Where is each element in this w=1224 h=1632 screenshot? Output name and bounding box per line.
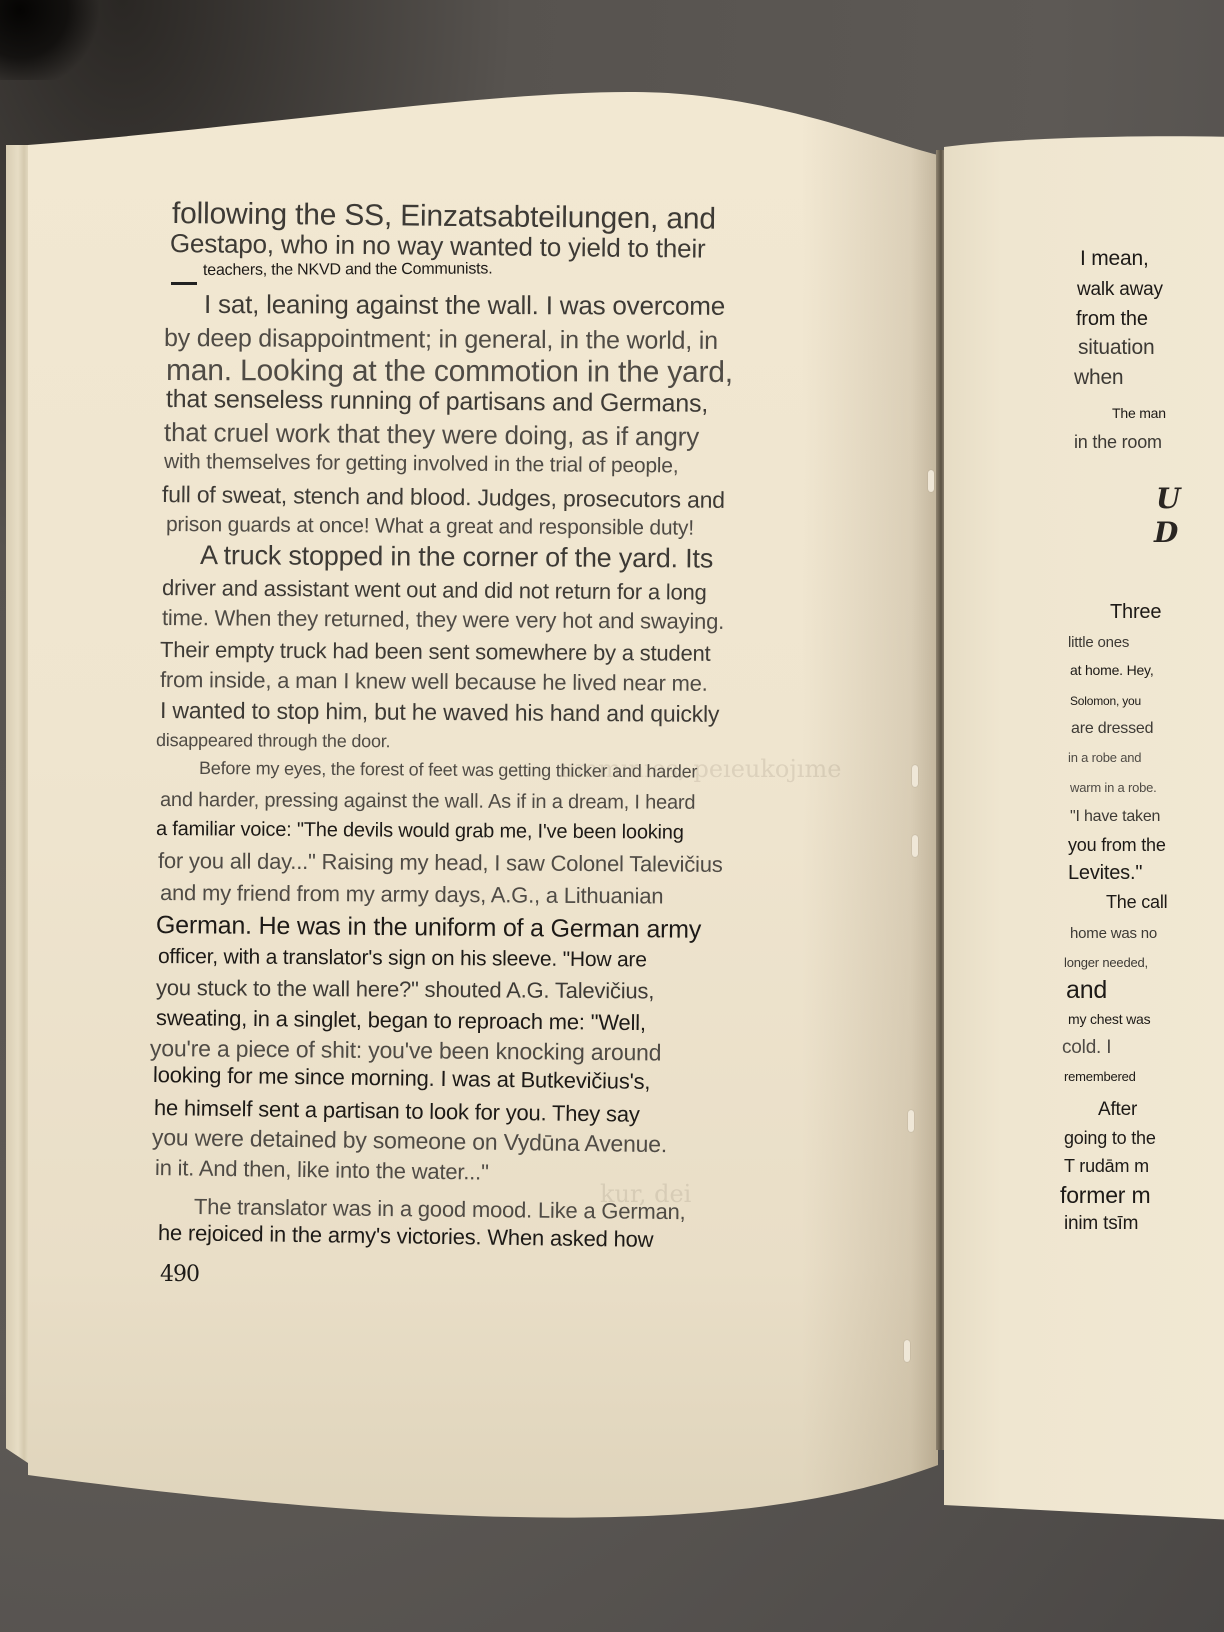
text-line: in the room [1074,432,1162,453]
text-line: my chest was [1068,1011,1150,1027]
text-line: and harder, pressing against the wall. A… [160,789,695,815]
text-line: little ones [1068,634,1129,651]
text-line: The translator was in a good mood. Like … [194,1194,686,1225]
text-line: you're a piece of shit: you've been knoc… [150,1035,662,1066]
text-line: time. When they returned, they were very… [162,605,724,635]
binding-stitch [908,1110,914,1132]
text-line: from inside, a man I knew well because h… [160,667,708,697]
text-line: when [1074,366,1123,390]
text-line: walk away [1077,279,1163,301]
binding-stitch [912,765,918,787]
binding-stitch [904,1340,910,1362]
text-line: A truck stopped in the corner of the yar… [200,540,713,575]
text-line: at home. Hey, [1070,662,1154,678]
text-line: Before my eyes, the forest of feet was g… [199,758,697,782]
text-line: The call [1106,892,1167,913]
text-line: officer, with a translator's sign on his… [158,945,647,972]
binding-stitch [928,470,934,492]
text-line: inim tsīm [1064,1213,1138,1235]
text-line: I mean, [1080,247,1149,271]
text-line: teachers, the NKVD and the Communists. [203,260,493,280]
text-line: longer needed, [1064,955,1148,970]
text-line: warm in a robe. [1070,780,1157,795]
binding-stitch [912,835,918,857]
text-line: in a robe and [1068,750,1141,765]
text-line: from the [1076,308,1148,331]
text-line: sweating, in a singlet, began to reproac… [156,1005,646,1036]
text-line: I wanted to stop him, but he waved his h… [160,697,719,728]
text-line: T rudām m [1064,1156,1149,1177]
text-line: you stuck to the wall here?" shouted A.G… [156,975,654,1004]
text-line: Solomon, you [1070,694,1141,708]
text-line: you from the [1068,835,1166,856]
text-line: that cruel work that they were doing, as… [164,417,699,453]
background-shadow [0,0,100,80]
page-number: 490 [160,1262,199,1287]
text-line: and [1066,976,1107,1005]
text-line: that senseless running of partisans and … [166,385,708,419]
text-line: Levites." [1068,862,1142,885]
text-line: situation [1078,336,1154,360]
chapter-heading-letter: U [1156,482,1180,515]
text-line: by deep disappointment; in general, in t… [164,324,718,356]
text-line: prison guards at once! What a great and … [166,513,694,541]
text-line: with themselves for getting involved in … [164,450,679,478]
text-line: German. He was in the uniform of a Germa… [156,911,701,945]
text-line: are dressed [1071,720,1153,738]
text-line: former m [1060,1182,1150,1209]
text-line: driver and assistant went out and did no… [162,575,707,606]
text-line: The man [1112,405,1166,421]
em-dash-mark [171,282,197,285]
text-line: cold. I [1062,1037,1111,1059]
text-line: "I have taken [1070,808,1160,826]
chapter-heading-letter: D [1154,516,1178,549]
text-line: and my friend from my army days, A.G., a… [160,880,664,910]
text-line: a familiar voice: "The devils would grab… [156,818,684,845]
text-line: for you all day..." Raising my head, I s… [158,848,723,878]
text-line: I sat, leaning against the wall. I was o… [204,289,725,322]
text-line: Three [1110,601,1161,624]
text-line: going to the [1064,1128,1156,1149]
text-line: remembered [1064,1069,1136,1084]
text-line: disappeared through the door. [156,730,390,752]
text-line: Gestapo, who in no way wanted to yield t… [170,228,706,265]
text-line: in it. And then, like into the water..." [155,1155,489,1186]
text-line: Their empty truck had been sent somewher… [160,637,711,667]
text-line: After [1098,1099,1137,1121]
text-line: home was no [1070,925,1157,942]
text-line: man. Looking at the commotion in the yar… [166,354,733,390]
